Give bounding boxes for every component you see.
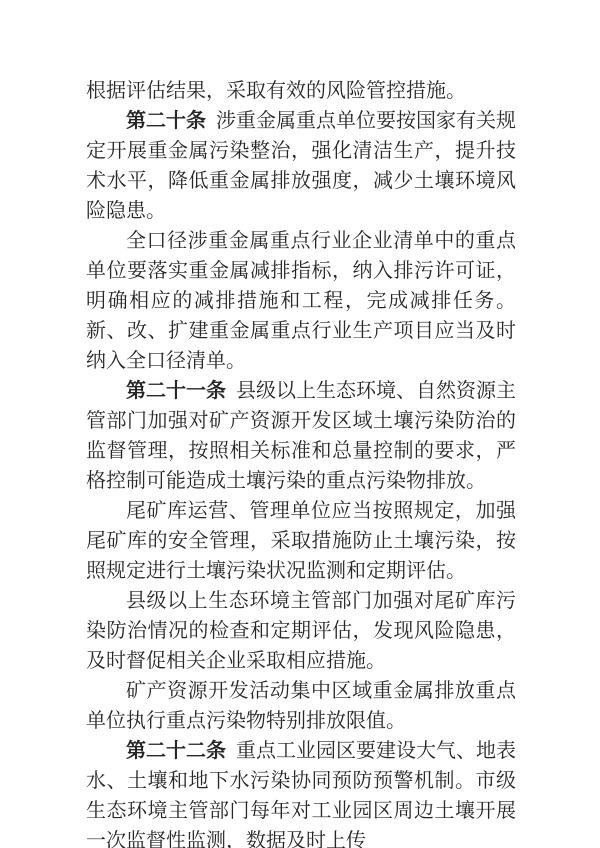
text-run: 县级以上生态环境主管部门加强对尾矿库污染防治情况的检查和定期评估，发现风险隐患，… [86,590,516,672]
paragraph: 根据评估结果，采取有效的风险管控措施。 [86,76,516,106]
paragraph: 县级以上生态环境主管部门加强对尾矿库污染防治情况的检查和定期评估，发现风险隐患，… [86,586,516,676]
article-number: 第二十条 [126,110,206,132]
paragraph: 尾矿库运营、管理单位应当按照规定，加强尾矿库的安全管理，采取措施防止土壤污染，按… [86,496,516,586]
text-run: 矿产资源开发活动集中区域重金属排放重点单位执行重点污染物特别排放限值。 [86,680,516,732]
paragraph: 全口径涉重金属重点行业企业清单中的重点单位要落实重金属减排指标，纳入排污许可证，… [86,226,516,376]
text-run: 根据评估结果，采取有效的风险管控措施。 [86,80,466,102]
paragraph: 第二十一条县级以上生态环境、自然资源主管部门加强对矿产资源开发区域土壤污染防治的… [86,376,516,496]
paragraph: 矿产资源开发活动集中区域重金属排放重点单位执行重点污染物特别排放限值。 [86,676,516,736]
article-number: 第二十一条 [126,380,226,402]
document-page: 根据评估结果，采取有效的风险管控措施。第二十条涉重金属重点单位要按国家有关规定开… [0,0,600,848]
paragraph: 第二十二条重点工业园区要建设大气、地表水、土壤和地下水污染协同预防预警机制。市级… [86,736,516,848]
article-number: 第二十二条 [126,740,226,762]
document-body: 根据评估结果，采取有效的风险管控措施。第二十条涉重金属重点单位要按国家有关规定开… [86,76,516,848]
text-run: 全口径涉重金属重点行业企业清单中的重点单位要落实重金属减排指标，纳入排污许可证，… [86,230,516,372]
text-run: 尾矿库运营、管理单位应当按照规定，加强尾矿库的安全管理，采取措施防止土壤污染，按… [86,500,516,582]
paragraph: 第二十条涉重金属重点单位要按国家有关规定开展重金属污染整治，强化清洁生产，提升技… [86,106,516,226]
